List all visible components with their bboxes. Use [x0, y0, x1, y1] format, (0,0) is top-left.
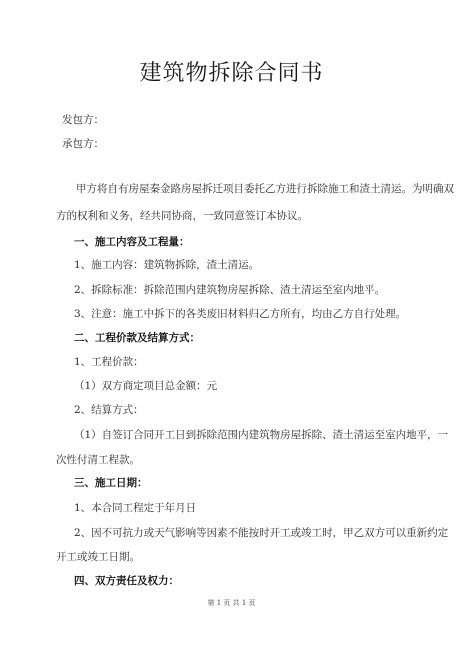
- section-2-item-5: 次性付清工程款。: [56, 452, 140, 467]
- party-a-label: 发包方：: [62, 112, 104, 127]
- document-page: 建筑物拆除合同书 发包方： 承包方： 甲方将自有房屋秦金路房屋拆迁项目委托乙方进…: [0, 0, 463, 655]
- section-1-item-3: 3、注意：施工中拆下的各类废旧材料归乙方所有，均由乙方自行处理。: [74, 306, 406, 321]
- section-3-item-2: 2、因不可抗力或天气影响等因素不能按时开工或竣工时，甲乙双方可以重新约定: [74, 525, 448, 540]
- section-1-heading: 一、施工内容及工程量：: [74, 234, 190, 249]
- intro-paragraph-line-2: 方的权利和义务，经共同协商，一致同意签订本协议。: [56, 208, 308, 223]
- section-2-item-1: 1、工程价款：: [74, 354, 144, 369]
- section-2-item-4: （1）自签订合同开工日到拆除范围内建筑物房屋拆除、渣土清运至室内地平，一: [74, 427, 448, 442]
- page-footer: 第 1 页 共 1 页: [0, 598, 463, 608]
- section-3-item-3: 开工或竣工日期。: [56, 549, 140, 564]
- intro-paragraph-line-1: 甲方将自有房屋秦金路房屋拆迁项目委托乙方进行拆除施工和渣土清运。为明确双: [76, 181, 454, 196]
- section-1-item-1: 1、施工内容：建筑物拆除，渣土清运。: [74, 257, 259, 272]
- section-1-item-2: 2、拆除标准：拆除范围内建筑物房屋拆除、渣土清运至室内地平。: [74, 282, 385, 297]
- section-2-heading: 二、工程价款及结算方式：: [74, 330, 200, 345]
- section-2-item-3: 2、结算方式：: [74, 402, 144, 417]
- section-3-heading: 三、施工日期：: [74, 475, 148, 490]
- document-title: 建筑物拆除合同书: [0, 56, 463, 87]
- section-4-heading: 四、双方责任及权力：: [74, 573, 179, 588]
- section-3-item-1: 1、本合同工程定于年月日: [74, 500, 196, 515]
- section-2-item-2: （1）双方商定项目总金额：元: [74, 378, 217, 393]
- party-b-label: 承包方：: [62, 136, 104, 151]
